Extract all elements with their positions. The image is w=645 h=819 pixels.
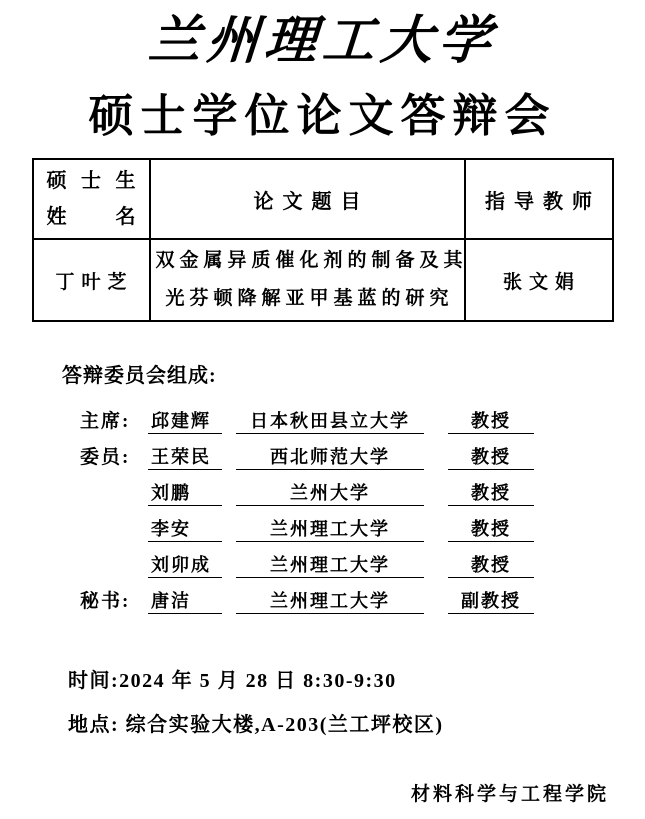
department-signature: 材料科学与工程学院	[0, 782, 609, 808]
member-title: 副教授	[448, 589, 534, 614]
member-affiliation: 兰州大学	[236, 481, 424, 506]
member-affiliation: 日本秋田县立大学	[236, 409, 424, 434]
page-title: 硕士学位论文答辩会	[0, 87, 645, 145]
student-name-cell: 丁叶芝	[33, 239, 150, 321]
member-name: 刘鹏	[148, 481, 222, 506]
member-title: 教授	[448, 517, 534, 542]
committee-row-secretary: 秘书: 唐洁 兰州理工大学 副教授	[80, 578, 645, 614]
defense-time: 时间:2024 年 5 月 28 日 8:30-9:30	[68, 668, 645, 694]
defense-location: 地点: 综合实验大楼,A-203(兰工坪校区)	[68, 712, 645, 738]
committee-row-member: 委员: 王荣民 西北师范大学 教授	[80, 434, 645, 470]
committee-row-member: 刘鹏 兰州大学 教授	[80, 470, 645, 506]
committee-heading: 答辩委员会组成:	[62, 362, 645, 390]
university-calligraphy-logo: 兰州理工大学	[0, 10, 645, 74]
role-label: 主席:	[80, 410, 148, 434]
thesis-title-line1: 双金属异质催化剂的制备及其	[151, 242, 464, 280]
member-name: 王荣民	[148, 445, 222, 470]
thesis-title-cell: 双金属异质催化剂的制备及其 光芬顿降解亚甲基蓝的研究	[150, 239, 465, 321]
member-title: 教授	[448, 445, 534, 470]
member-name: 刘卯成	[148, 553, 222, 578]
member-affiliation: 兰州理工大学	[236, 553, 424, 578]
member-title: 教授	[448, 409, 534, 434]
committee-row-member: 刘卯成 兰州理工大学 教授	[80, 542, 645, 578]
table-data-row: 丁叶芝 双金属异质催化剂的制备及其 光芬顿降解亚甲基蓝的研究 张文娟	[33, 239, 613, 321]
defense-announcement-page: 兰州理工大学 硕士学位论文答辩会 硕 士 生 姓 名 论文题目 指导教师 丁叶芝…	[0, 0, 645, 819]
student-header-line2: 姓 名	[34, 199, 149, 235]
role-label: 秘书:	[80, 590, 148, 614]
committee-row-chairman: 主席: 邱建辉 日本秋田县立大学 教授	[80, 398, 645, 434]
thesis-info-table: 硕 士 生 姓 名 论文题目 指导教师 丁叶芝 双金属异质催化剂的制备及其 光芬…	[32, 158, 614, 322]
member-title: 教授	[448, 481, 534, 506]
role-label: 委员:	[80, 446, 148, 470]
advisor-cell: 张文娟	[465, 239, 613, 321]
member-name: 邱建辉	[148, 409, 222, 434]
advisor-header: 指导教师	[465, 159, 613, 239]
member-affiliation: 兰州理工大学	[236, 589, 424, 614]
table-header-row: 硕 士 生 姓 名 论文题目 指导教师	[33, 159, 613, 239]
member-title: 教授	[448, 553, 534, 578]
thesis-title-header: 论文题目	[150, 159, 465, 239]
committee-row-member: 李安 兰州理工大学 教授	[80, 506, 645, 542]
committee-list: 主席: 邱建辉 日本秋田县立大学 教授 委员: 王荣民 西北师范大学 教授 刘鹏…	[80, 398, 645, 614]
student-header-line1: 硕 士 生	[34, 163, 149, 199]
student-name-header: 硕 士 生 姓 名	[33, 159, 150, 239]
thesis-title-line2: 光芬顿降解亚甲基蓝的研究	[151, 280, 464, 318]
member-affiliation: 兰州理工大学	[236, 517, 424, 542]
member-affiliation: 西北师范大学	[236, 445, 424, 470]
member-name: 李安	[148, 517, 222, 542]
member-name: 唐洁	[148, 589, 222, 614]
